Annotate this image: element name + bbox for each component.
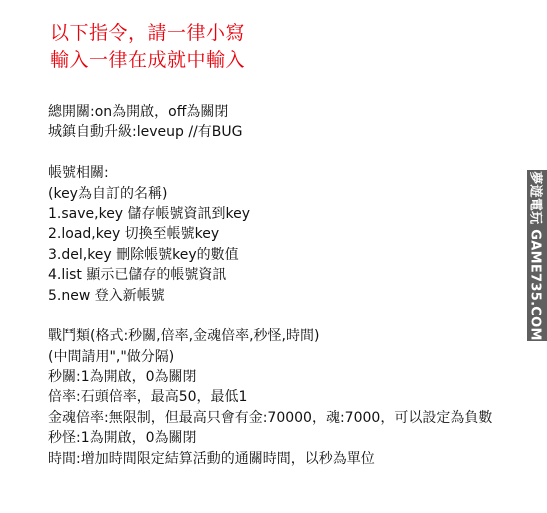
battle-note: (中間請用","做分隔) xyxy=(48,347,492,367)
site-watermark: 夢遊電玩 GAME735.COM xyxy=(527,170,547,341)
instructions-title: 以下指令，請一律小寫 輸入一律在成就中輸入 xyxy=(50,20,245,74)
watermark-text: 夢遊電玩 GAME735.COM xyxy=(528,171,547,340)
title-line-lowercase: 以下指令，請一律小寫 xyxy=(50,20,245,47)
battle-param-time: 時間:增加時間限定結算活動的通關時間，以秒為單位 xyxy=(48,449,492,469)
battle-param-multiplier: 倍率:石頭倍率，最高50，最低1 xyxy=(48,387,492,407)
general-master-switch: 總開關:on為開啟，off為關閉 xyxy=(48,102,492,122)
battle-param-gold-soul-multiplier: 金魂倍率:無限制，但最高只會有金:70000，魂:7000，可以設定為負數 xyxy=(48,408,492,428)
general-town-auto-upgrade: 城鎮自動升級:leveup //有BUG xyxy=(48,122,492,142)
account-command-load: 2.load,key 切換至帳號key xyxy=(48,224,492,244)
battle-param-instant-kill: 秒怪:1為開啟，0為關閉 xyxy=(48,428,492,448)
spacer xyxy=(48,306,492,326)
account-command-new: 5.new 登入新帳號 xyxy=(48,286,492,306)
account-command-save: 1.save,key 儲存帳號資訊到key xyxy=(48,204,492,224)
account-command-list: 4.list 顯示已儲存的帳號資訊 xyxy=(48,265,492,285)
title-line-input-location: 輸入一律在成就中輸入 xyxy=(50,47,245,74)
spacer xyxy=(48,143,492,163)
battle-param-instant-clear: 秒關:1為開啟，0為關閉 xyxy=(48,367,492,387)
account-heading: 帳號相關: xyxy=(48,163,492,183)
account-command-del: 3.del,key 刪除帳號key的數值 xyxy=(48,245,492,265)
account-note: (key為自訂的名稱) xyxy=(48,184,492,204)
instructions-body: 總開關:on為開啟，off為關閉 城鎮自動升級:leveup //有BUG 帳號… xyxy=(48,102,492,469)
battle-heading: 戰鬥類(格式:秒關,倍率,金魂倍率,秒怪,時間) xyxy=(48,326,492,346)
